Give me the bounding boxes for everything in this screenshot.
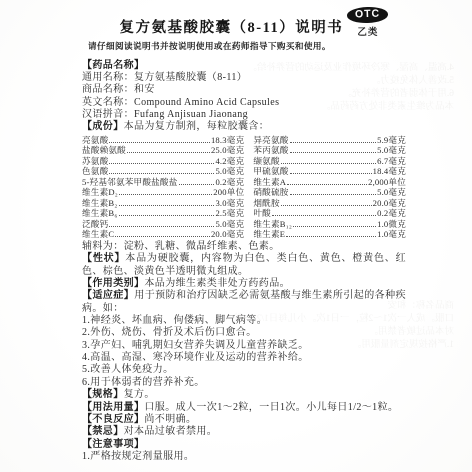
ingredient-row: 苏氨酸4.2毫克 — [82, 156, 244, 167]
dot-leader — [119, 208, 215, 216]
section-contraindications: 【禁忌】对本品过敏者禁用。 — [82, 426, 406, 438]
ingredient-row: 叶酸0.2毫克 — [253, 208, 406, 219]
section-specification: 【规格】复方。 — [82, 389, 406, 401]
section-label-specification: 【规格】 — [82, 389, 124, 400]
ingredient-row: 维生素E1.0毫克 — [253, 229, 406, 240]
page-title: 复方氨基酸胶囊（8-11）说明书 — [120, 12, 344, 37]
generic-name: 通用名称：复方氨基酸胶囊（8-11） — [82, 72, 406, 84]
section-category: 【作用类别】本品为维生素类非处方药药品。 — [82, 278, 406, 290]
insert-body: 【药品名称】 通用名称：复方氨基酸胶囊（8-11） 商品名称：和安 英文名称：C… — [82, 60, 406, 464]
read-carefully-note: 请仔细阅读说明书并按说明使用或在药师指导下购买和使用。 — [0, 40, 472, 52]
ingredients-column-left: 亮氨酸18.3毫克 盐酸赖氨酸25.0毫克 苏氨酸4.2毫克 色氨酸5.0毫克 … — [82, 135, 244, 240]
dot-leader — [293, 219, 376, 227]
dot-leader — [179, 177, 215, 185]
dot-leader — [109, 219, 214, 227]
dot-leader — [286, 229, 376, 237]
dot-leader — [109, 156, 214, 164]
ingredient-row: 亮氨酸18.3毫克 — [82, 135, 244, 146]
ingredient-row: 维生素C20.0毫克 — [82, 229, 244, 240]
section-adverse-reactions: 【不良反应】尚不明确。 — [82, 414, 406, 426]
indication-item: 1.神经炎、坏血病、佝偻病、脚气病等。 — [82, 315, 406, 327]
ingredient-row: 维生素B₁₂1.0微克 — [253, 219, 406, 230]
ingredient-row: 色氨酸5.0毫克 — [82, 166, 244, 177]
section-indications: 【适应症】用于预防和治疗因缺乏必需氨基酸与维生素所引起的各种疾病。如： — [82, 290, 406, 315]
dot-leader — [109, 135, 210, 143]
section-properties: 【性状】本品为硬胶囊，内容物为白色、类白色、黄色、橙黄色、红色、棕色、淡黄色半透… — [82, 253, 406, 278]
ingredient-row: 异亮氨酸5.9毫克 — [253, 135, 406, 146]
otc-badge-text: OTC — [347, 6, 389, 23]
section-label-ingredients: 【成份】 — [82, 121, 124, 132]
section-label-dosage: 【用法用量】 — [82, 402, 144, 413]
indication-item: 5.改善人体免疫力。 — [82, 364, 406, 376]
ingredients-column-right: 异亮氨酸5.9毫克 苯丙氨酸5.0毫克 缬氨酸6.7毫克 甲硫氨酸18.4毫克 … — [253, 135, 406, 240]
ingredient-row: 烟酰胺20.0毫克 — [253, 198, 406, 209]
ingredient-row: 5-羟基邻氨苯甲酸盐酸盐0.2毫克 — [82, 177, 244, 188]
header: 复方氨基酸胶囊（8-11）说明书 OTC 乙类 请仔细阅读说明书并按说明使用或在… — [0, 0, 472, 52]
dot-leader — [281, 156, 376, 164]
dot-leader — [290, 166, 372, 174]
dot-leader — [290, 145, 377, 153]
english-name: 英文名称：Compound Amino Acid Capsules — [82, 97, 406, 109]
ingredients-intro: 本品为复方制剂，每粒胶囊含： — [124, 121, 270, 132]
ingredient-row: 硝酸硫胺5.0毫克 — [253, 187, 406, 198]
otc-class-label: 乙类 — [357, 24, 378, 38]
specification-text: 复方。 — [124, 389, 155, 400]
ingredient-row: 苯丙氨酸5.0毫克 — [253, 145, 406, 156]
dot-leader — [119, 198, 215, 206]
otc-badge: OTC 乙类 — [347, 7, 388, 38]
dot-leader — [119, 187, 212, 195]
package-insert-sheet: 4.高温、高湿、寒冷环境作业及运动的营养补给。 5.改善人体免疫力。 6.用于体… — [0, 0, 472, 472]
section-ingredients-heading: 【成份】本品为复方制剂，每粒胶囊含： — [82, 121, 406, 133]
dot-leader — [115, 229, 210, 237]
dosage-text: 口服。成人一次1～2粒，一日1次。小儿每日1/2～1粒。 — [144, 402, 398, 413]
excipients-line: 辅料为：淀粉、乳糖、微晶纤维素、色素。 — [82, 241, 406, 253]
indication-item: 2.外伤、烧伤、骨折及术后伤口愈合。 — [82, 327, 406, 339]
properties-text: 本品为硬胶囊，内容物为白色、类白色、黄色、橙黄色、红色、棕色、淡黄色半透明微丸组… — [82, 253, 406, 276]
dot-leader — [127, 145, 210, 153]
category-text: 本品为维生素类非处方药药品。 — [144, 278, 290, 289]
section-label-adverse-reactions: 【不良反应】 — [82, 414, 144, 425]
indication-item: 3.孕产妇、哺乳期妇女营养失调及儿童营养缺乏。 — [82, 340, 406, 352]
ingredient-row: 缬氨酸6.7毫克 — [253, 156, 406, 167]
dot-leader — [109, 166, 214, 174]
ingredient-row: 泛酸钙5.0毫克 — [82, 219, 244, 230]
dot-leader — [281, 198, 372, 206]
ingredient-row: 维生素B₆2.5毫克 — [82, 208, 244, 219]
ingredient-row: 维生素D₂200单位 — [82, 187, 244, 198]
ingredient-row: 甲硫氨酸18.4毫克 — [253, 166, 406, 177]
contraindications-text: 对本品过敏者禁用。 — [124, 426, 218, 437]
adverse-reactions-text: 尚不明确。 — [144, 414, 196, 425]
section-dosage: 【用法用量】口服。成人一次1～2粒，一日1次。小儿每日1/2～1粒。 — [82, 402, 406, 414]
section-label-contraindications: 【禁忌】 — [82, 426, 124, 437]
dot-leader — [287, 177, 367, 185]
section-label-precautions: 【注意事项】 — [82, 439, 406, 451]
precaution-item: 1.严格按规定剂量服用。 — [82, 451, 406, 463]
ingredient-row: 维生素A2,000单位 — [253, 177, 406, 188]
section-label-category: 【作用类别】 — [82, 278, 144, 289]
dot-leader — [290, 135, 377, 143]
section-label-indications: 【适应症】 — [82, 290, 134, 301]
section-label-drug-name: 【药品名称】 — [82, 60, 406, 72]
indication-item: 4.高温、高湿、寒冷环境作业及运动的营养补给。 — [82, 352, 406, 364]
section-label-properties: 【性状】 — [82, 253, 125, 264]
ingredient-row: 盐酸赖氨酸25.0毫克 — [82, 145, 244, 156]
indication-item: 6.用于体弱者的营养补充。 — [82, 377, 406, 389]
trade-name: 商品名称：和安 — [82, 84, 406, 96]
ingredients-table: 亮氨酸18.3毫克 盐酸赖氨酸25.0毫克 苏氨酸4.2毫克 色氨酸5.0毫克 … — [82, 135, 406, 240]
ingredient-row: 维生素B₂3.0毫克 — [82, 198, 244, 209]
dot-leader — [290, 187, 377, 195]
dot-leader — [272, 208, 376, 216]
pinyin-name: 汉语拼音：Fufang Anjisuan Jiaonang — [82, 109, 406, 121]
